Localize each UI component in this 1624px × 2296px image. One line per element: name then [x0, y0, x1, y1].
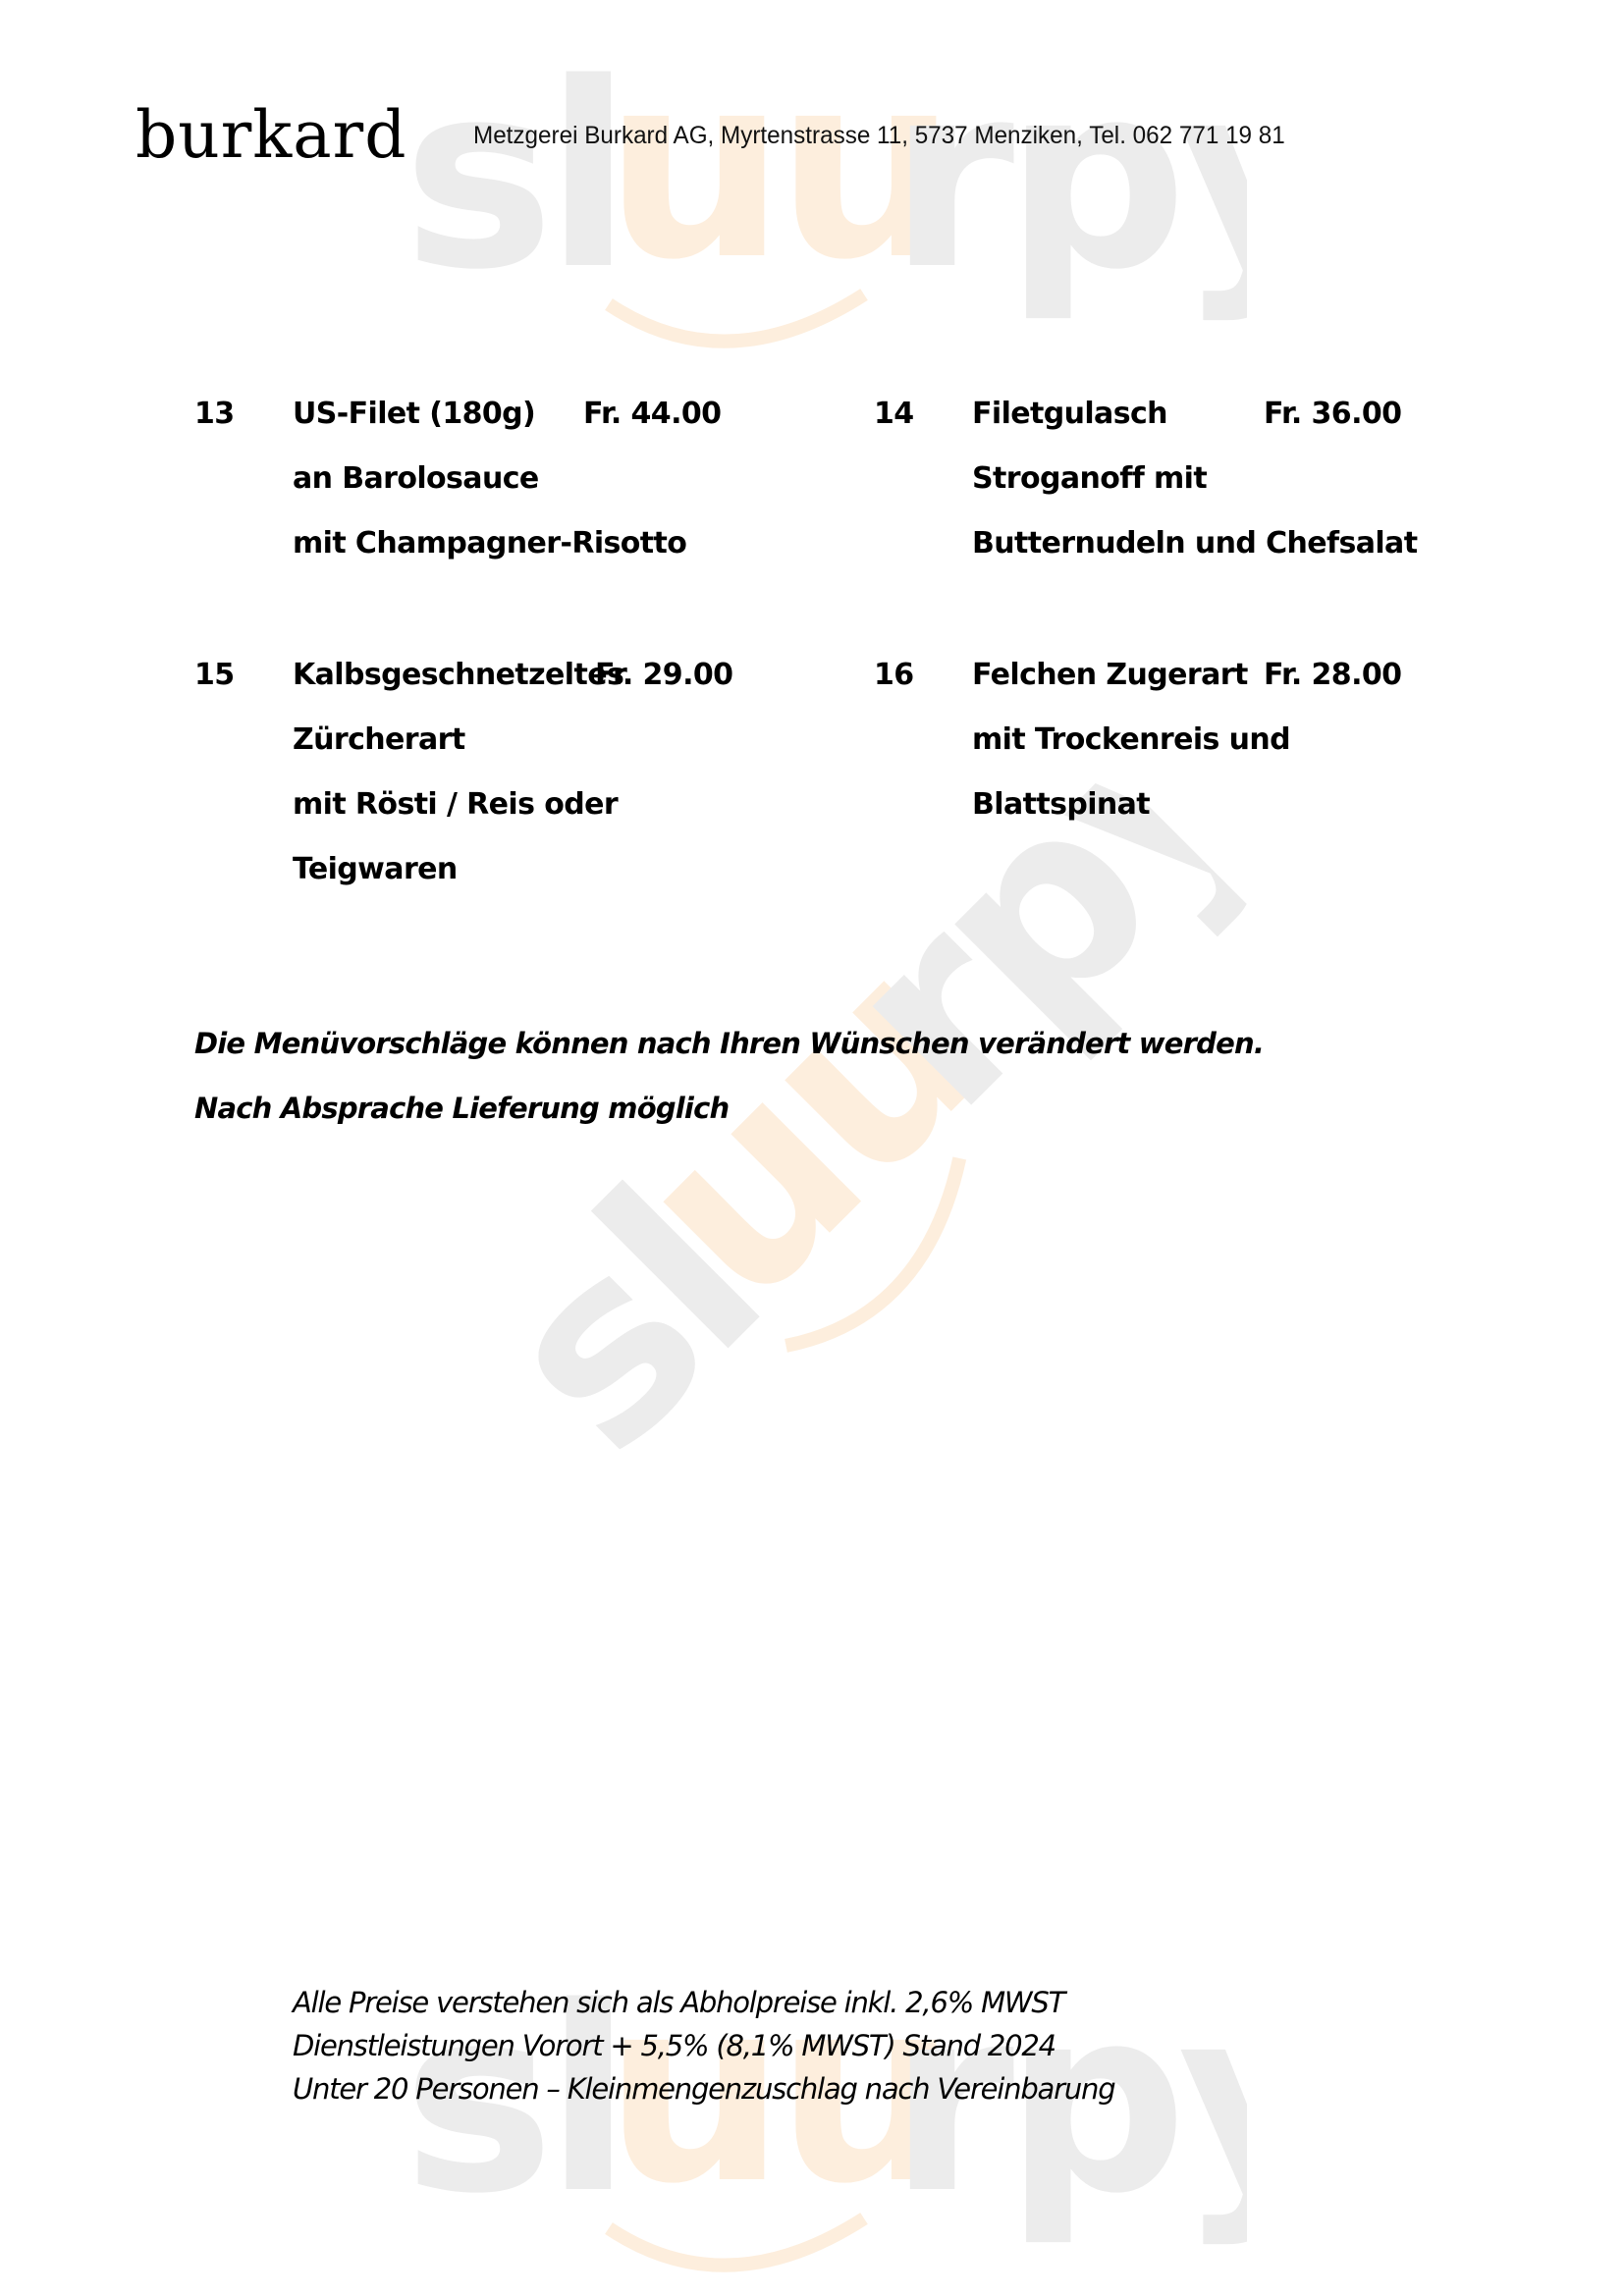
item-price: Fr. 28.00: [1264, 656, 1401, 695]
item-description: an Barolosauce: [293, 459, 539, 499]
item-number: 13: [194, 395, 235, 434]
item-number: 16: [874, 656, 914, 695]
item-description: mit Rösti / Reis oder: [293, 785, 618, 825]
item-description: mit Trockenreis und: [972, 721, 1290, 760]
item-price: Fr. 36.00: [1264, 395, 1401, 434]
company-address: Metzgerei Burkard AG, Myrtenstrasse 11, …: [473, 122, 1285, 150]
item-description: Stroganoff mit: [972, 459, 1207, 499]
item-description: mit Champagner-Risotto: [293, 524, 686, 563]
item-name: US-Filet (180g): [293, 395, 535, 434]
small-group-surcharge-line: Unter 20 Personen – Kleinmengenzuschlag …: [293, 2067, 1114, 2110]
delivery-note: Nach Absprache Lieferung möglich: [194, 1092, 729, 1125]
item-price: Fr. 29.00: [595, 656, 732, 695]
menu-page: burkard Metzgerei Burkard AG, Myrtenstra…: [0, 0, 1624, 2296]
burkard-logo: burkard: [135, 94, 406, 177]
item-number: 15: [194, 656, 235, 695]
item-description: Teigwaren: [293, 850, 458, 889]
item-name: Felchen Zugerart: [972, 656, 1248, 695]
customization-note: Die Menüvorschläge können nach Ihren Wün…: [194, 1027, 1264, 1060]
item-description: Butternudeln und Chefsalat: [972, 524, 1417, 563]
item-number: 14: [874, 395, 914, 434]
item-description: Zürcherart: [293, 721, 465, 760]
item-price: Fr. 44.00: [583, 395, 721, 434]
service-surcharge-line: Dienstleistungen Vorort + 5,5% (8,1% MWS…: [293, 2024, 1056, 2067]
price-info-line: Alle Preise verstehen sich als Abholprei…: [293, 1981, 1064, 2024]
item-description: Blattspinat: [972, 785, 1150, 825]
item-name: Kalbsgeschnetzeltes: [293, 656, 623, 695]
item-name: Filetgulasch: [972, 395, 1167, 434]
